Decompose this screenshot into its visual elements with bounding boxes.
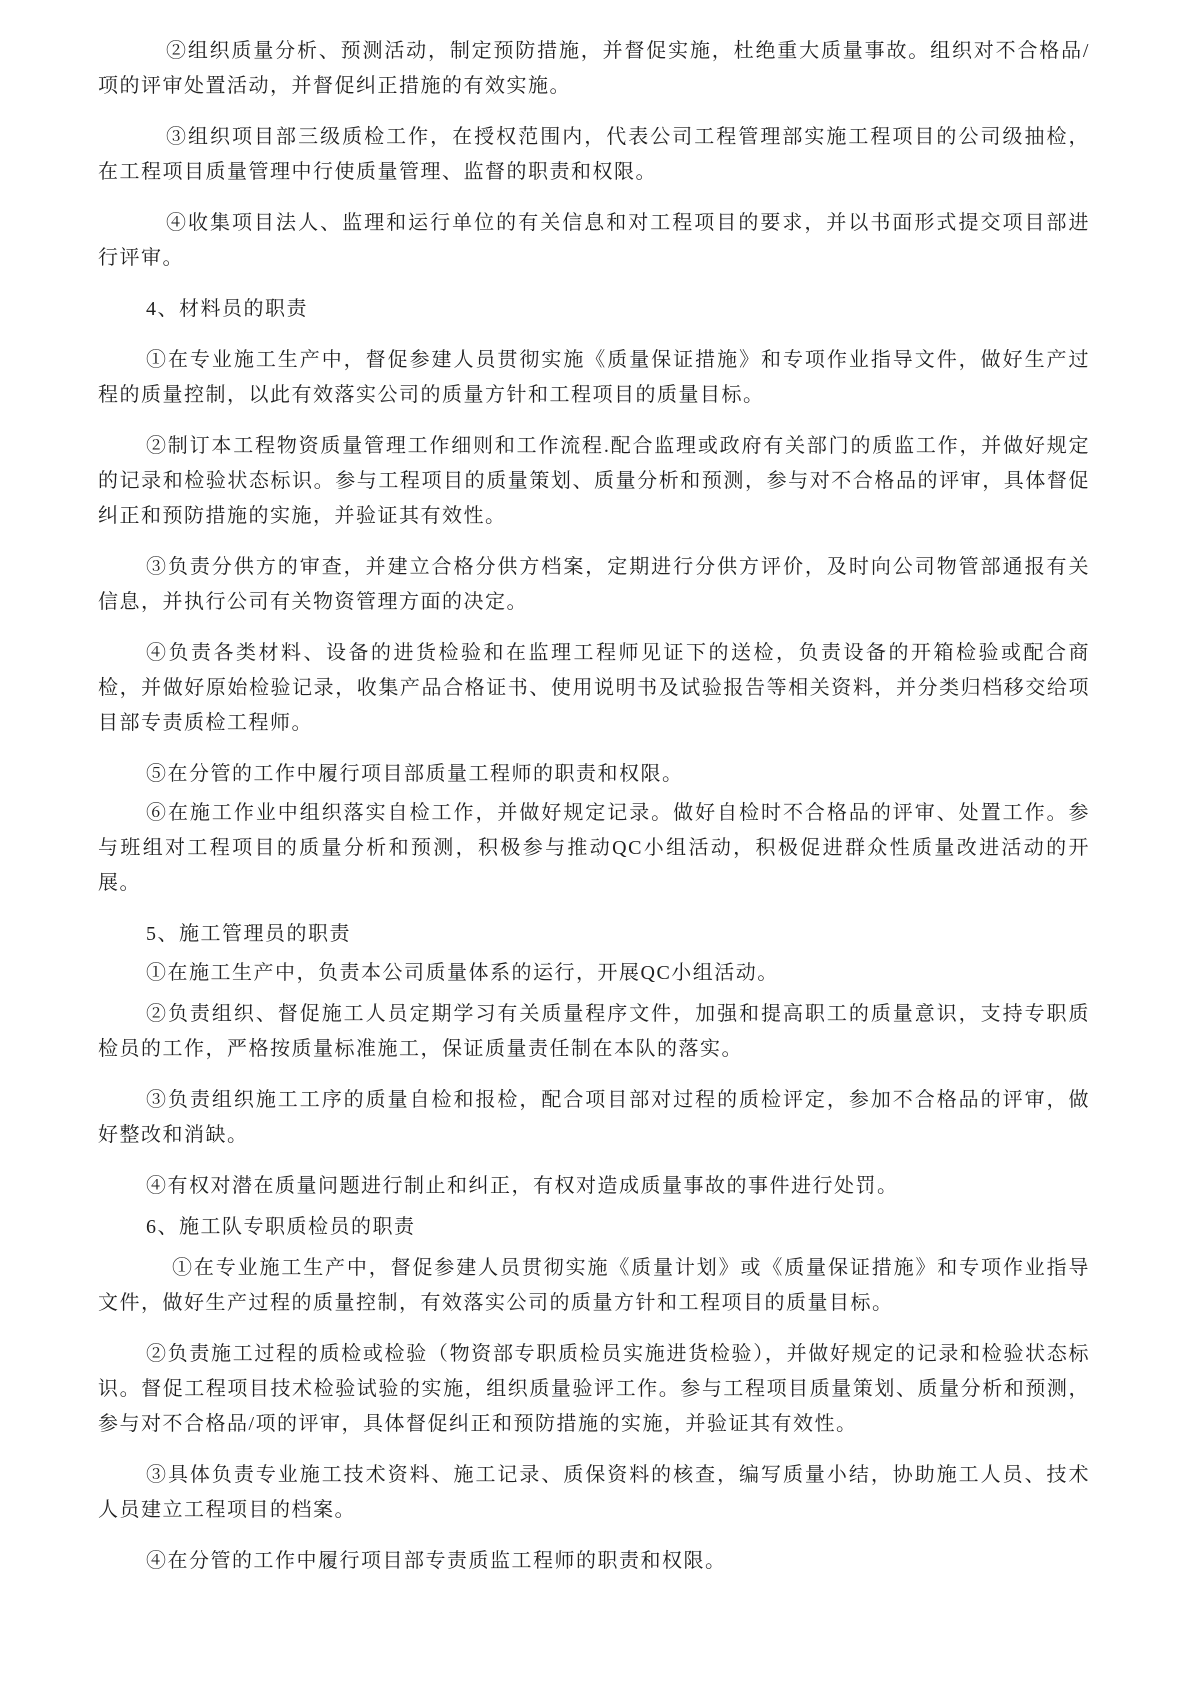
paragraph: ②组织质量分析、预测活动，制定预防措施，并督促实施，杜绝重大质量事故。组织对不合… (98, 34, 1090, 104)
paragraph: ⑤在分管的工作中履行项目部质量工程师的职责和权限。 (98, 757, 1090, 792)
paragraph: ②制订本工程物资质量管理工作细则和工作流程.配合监理或政府有关部门的质监工作，并… (98, 429, 1090, 534)
paragraph: ⑥在施工作业中组织落实自检工作，并做好规定记录。做好自检时不合格品的评审、处置工… (98, 796, 1090, 901)
section-heading: 4、材料员的职责 (98, 292, 1090, 327)
paragraph: ③负责分供方的审查，并建立合格分供方档案，定期进行分供方评价，及时向公司物管部通… (98, 550, 1090, 620)
paragraph: ④收集项目法人、监理和运行单位的有关信息和对工程项目的要求，并以书面形式提交项目… (98, 206, 1090, 276)
paragraph: ③负责组织施工工序的质量自检和报检，配合项目部对过程的质检评定，参加不合格品的评… (98, 1083, 1090, 1153)
document-page: ②组织质量分析、预测活动，制定预防措施，并督促实施，杜绝重大质量事故。组织对不合… (0, 0, 1190, 1684)
paragraph: ④负责各类材料、设备的进货检验和在监理工程师见证下的送检，负责设备的开箱检验或配… (98, 636, 1090, 741)
paragraph: ④有权对潜在质量问题进行制止和纠正，有权对造成质量事故的事件进行处罚。 (98, 1169, 1090, 1204)
section-heading: 6、施工队专职质检员的职责 (98, 1210, 1090, 1245)
paragraph: ③组织项目部三级质检工作，在授权范围内，代表公司工程管理部实施工程项目的公司级抽… (98, 120, 1090, 190)
paragraph: ①在专业施工生产中，督促参建人员贯彻实施《质量计划》或《质量保证措施》和专项作业… (98, 1251, 1090, 1321)
paragraph: ②负责施工过程的质检或检验（物资部专职质检员实施进货检验），并做好规定的记录和检… (98, 1337, 1090, 1442)
paragraph: ①在专业施工生产中，督促参建人员贯彻实施《质量保证措施》和专项作业指导文件，做好… (98, 343, 1090, 413)
paragraph: ②负责组织、督促施工人员定期学习有关质量程序文件，加强和提高职工的质量意识，支持… (98, 997, 1090, 1067)
paragraph: ①在施工生产中，负责本公司质量体系的运行，开展QC小组活动。 (98, 956, 1090, 991)
paragraph: ③具体负责专业施工技术资料、施工记录、质保资料的核查，编写质量小结，协助施工人员… (98, 1458, 1090, 1528)
section-heading: 5、施工管理员的职责 (98, 917, 1090, 952)
paragraph: ④在分管的工作中履行项目部专责质监工程师的职责和权限。 (98, 1544, 1090, 1579)
